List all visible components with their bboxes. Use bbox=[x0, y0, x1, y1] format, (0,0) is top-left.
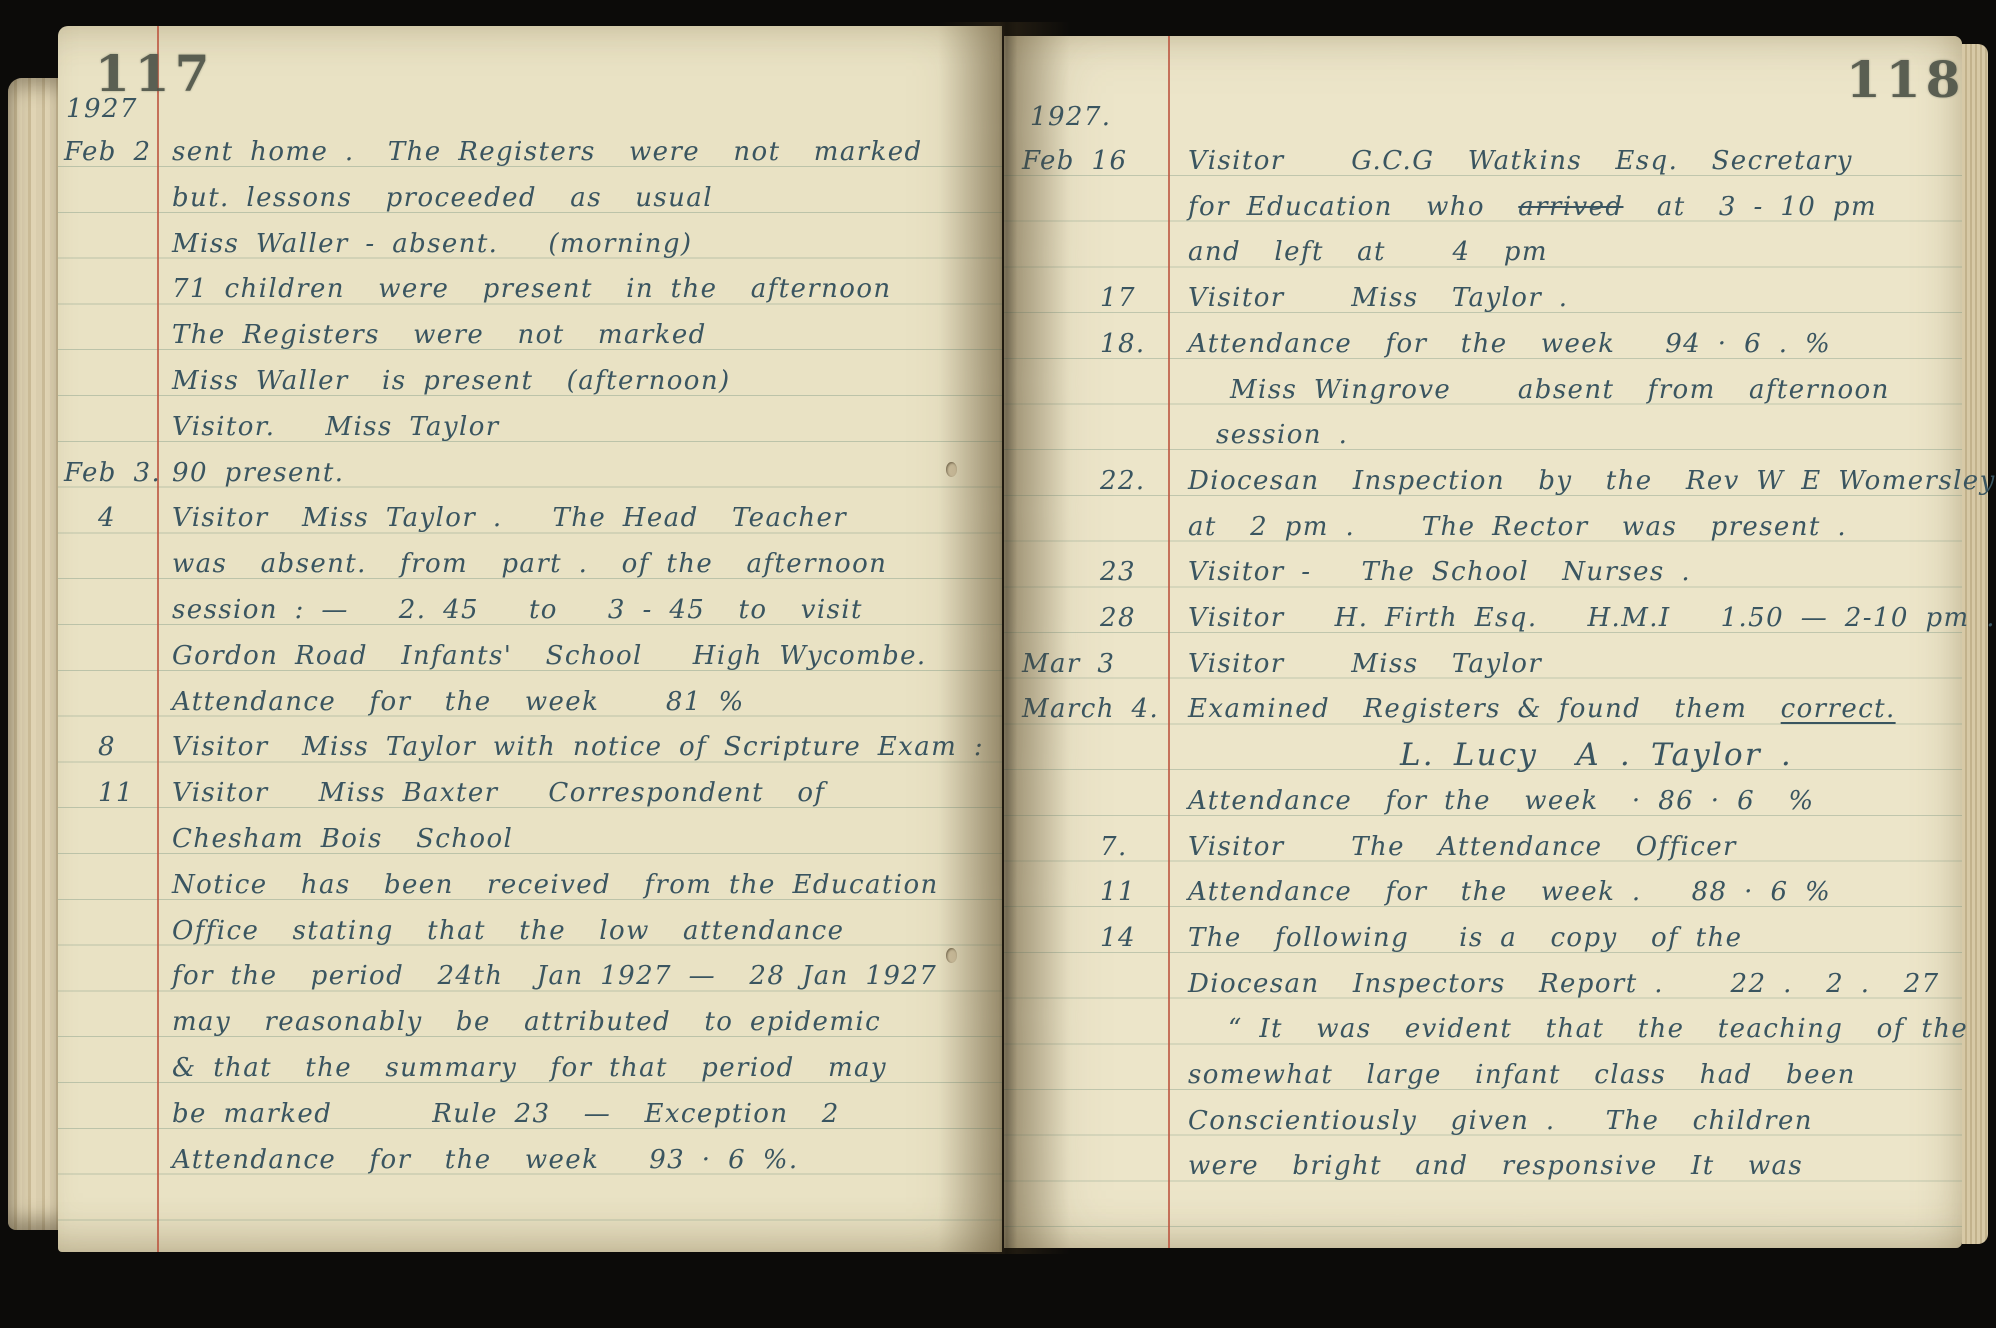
year-label-left: 1927 bbox=[66, 94, 138, 124]
margin-line-left bbox=[157, 26, 159, 1252]
binding-hole bbox=[946, 948, 957, 963]
page-number-118: 118 bbox=[1846, 50, 1965, 109]
page-117 bbox=[58, 26, 1002, 1252]
year-label-right: 1927. bbox=[1030, 102, 1111, 132]
margin-line-right bbox=[1168, 36, 1170, 1248]
binding-hole bbox=[946, 462, 957, 477]
right-page-fore-edge bbox=[1962, 44, 1988, 1244]
photograph-background: 117 118 1927 1927. Feb 2sent home . The … bbox=[0, 0, 1996, 1328]
page-118 bbox=[1004, 36, 1962, 1248]
